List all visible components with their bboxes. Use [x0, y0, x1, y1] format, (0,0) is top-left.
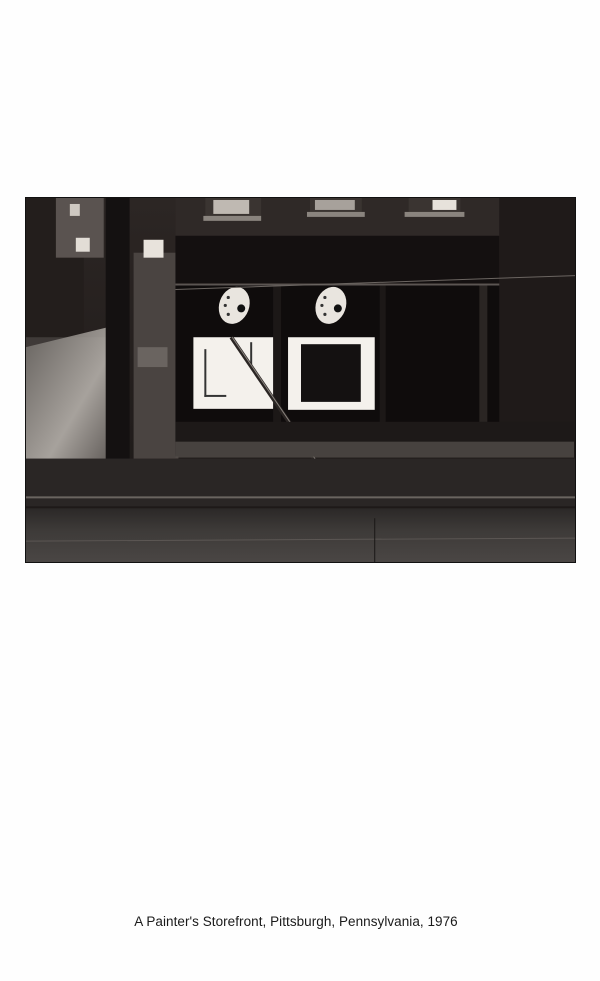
photo-caption: A Painter's Storefront, Pittsburgh, Penn… — [0, 914, 600, 929]
book-page: A Painter's Storefront, Pittsburgh, Penn… — [0, 0, 600, 981]
storefront-photograph — [25, 197, 576, 563]
photo-illustration — [26, 198, 575, 562]
caption-text: A Painter's Storefront, Pittsburgh, Penn… — [134, 914, 457, 929]
